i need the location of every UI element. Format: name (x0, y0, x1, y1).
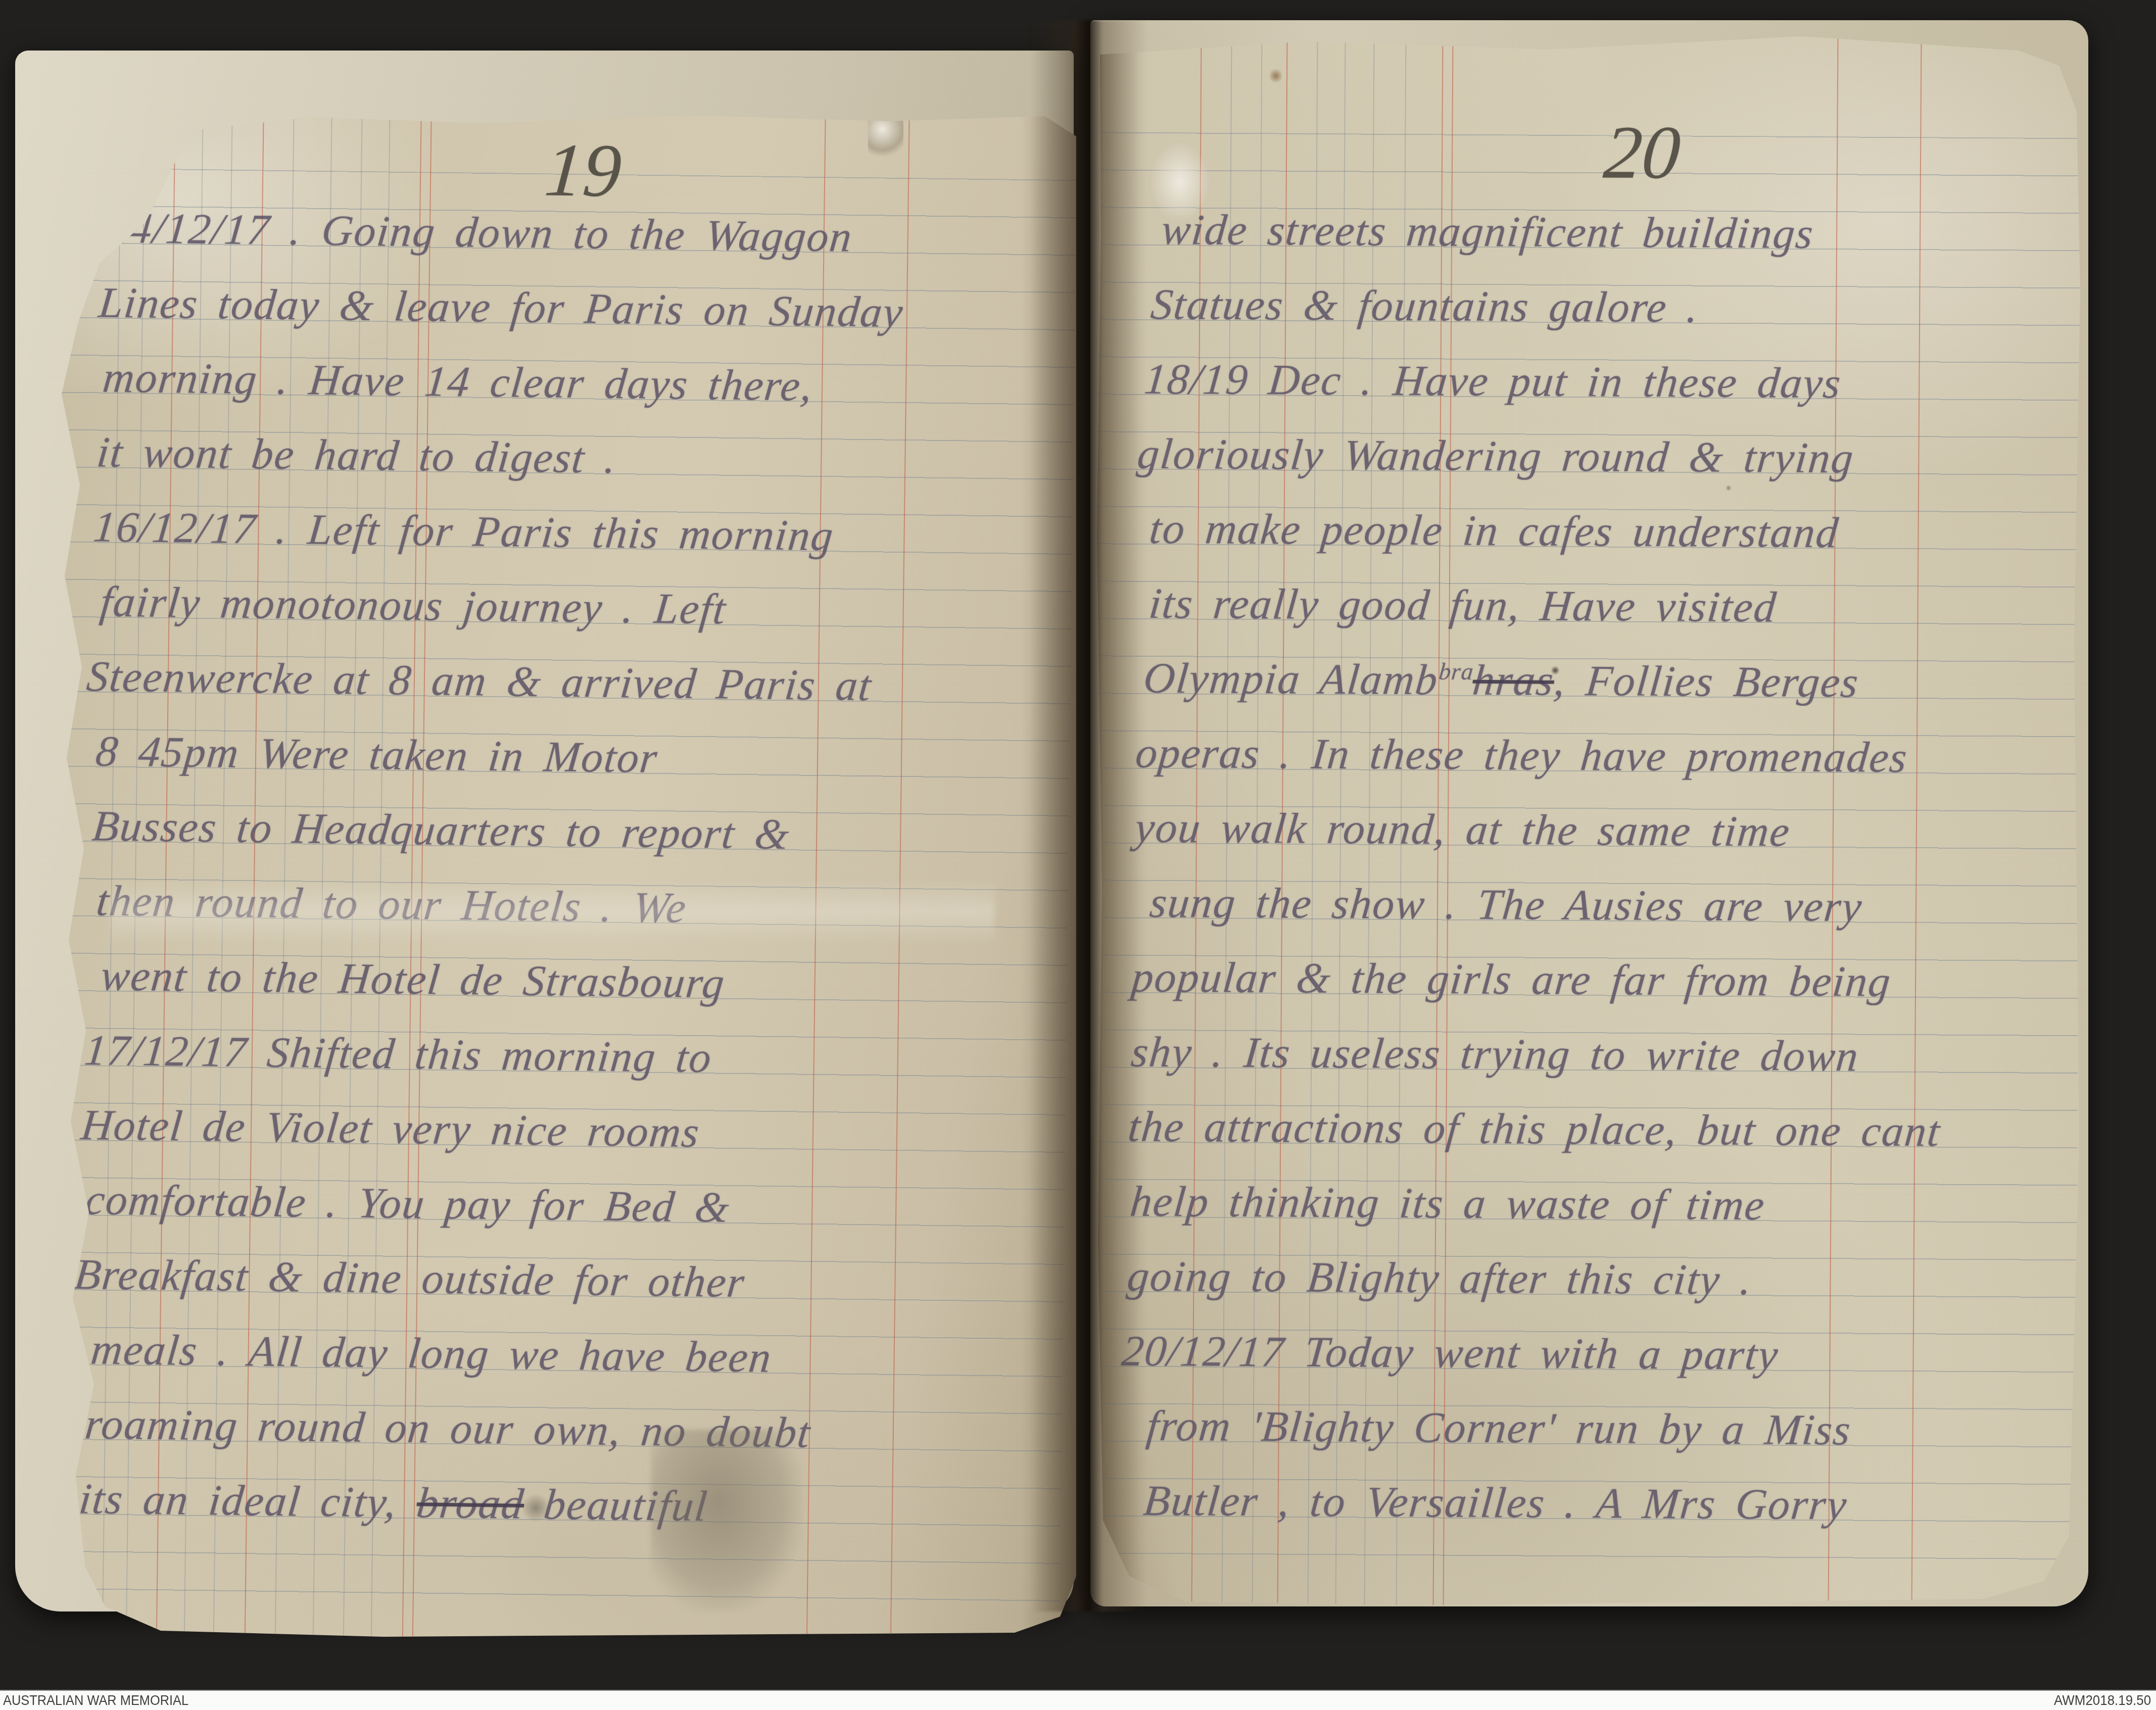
diary-line: Lines today & leave for Paris on Sunday (97, 277, 906, 337)
diary-line: roaming round on our own, no doubt (83, 1398, 813, 1457)
diary-line: fairly monotonous journey . Left (98, 576, 729, 634)
diary-text: morning . Have 14 clear days there, (101, 353, 815, 410)
inserted-text: bra (1438, 659, 1475, 685)
diary-line: you walk round, at the same time (1133, 802, 1792, 857)
diary-text: the attractions of this place, but one c… (1126, 1102, 1943, 1156)
diary-line: 17/12/17 Shifted this morning to (82, 1024, 714, 1083)
diary-line: Butler , to Versailles . A Mrs Gorry (1141, 1475, 1849, 1530)
diary-line: popular & the girls are far from being (1129, 952, 1893, 1007)
diary-line: wide streets magnificent buildings (1160, 204, 1816, 259)
caption-bar: AUSTRALIAN WAR MEMORIAL AWM2018.19.50 (0, 1690, 2156, 1710)
diary-text: Lines today & leave for Paris on Sunday (97, 278, 906, 336)
diary-page-right: 20 wide streets magnificent buildingsSta… (1094, 30, 2083, 1606)
diary-text: roaming round on our own, no doubt (83, 1399, 813, 1456)
diary-line: 18/19 Dec . Have put in these days (1142, 354, 1844, 408)
diary-line: its really good fun, Have visited (1147, 578, 1779, 632)
diary-text: you walk round, at the same time (1133, 803, 1792, 856)
diary-text: wide streets magnificent buildings (1160, 205, 1816, 258)
diary-text: Statues & fountains galore . (1149, 280, 1701, 332)
diary-text: 17/12/17 Shifted this morning to (82, 1025, 714, 1082)
diary-line: it wont be hard to digest . (94, 427, 619, 483)
diary-text: then round to our Hotels . We (94, 876, 689, 932)
accession-number-label: AWM2018.19.50 (2054, 1694, 2151, 1707)
diary-text: it wont be hard to digest . (95, 428, 619, 482)
diary-text: from 'Blighty Corner' run by a Miss (1144, 1401, 1853, 1454)
diary-text: Busses to Headquarters to report & (90, 801, 792, 858)
diary-page-left: 19 14/12/17 . Going down to the WaggonLi… (29, 71, 1076, 1637)
diary-line: Statues & fountains galore . (1149, 279, 1702, 333)
diary-line: Olympia Alambbrahras, Follies Berges (1141, 653, 1861, 708)
diary-line: shy . Its useless trying to write down (1129, 1027, 1861, 1082)
diary-text: operas . In these they have promenades (1133, 728, 1910, 781)
diary-text: its an ideal city, (77, 1474, 419, 1527)
diary-line: Hotel de Violet very nice rooms (79, 1099, 702, 1157)
diary-text: its really good fun, Have visited (1147, 579, 1779, 631)
page-number: 20 (1601, 109, 1684, 196)
diary-text: , Follies Berges (1552, 656, 1861, 707)
diary-text: beautiful (522, 1480, 710, 1530)
diary-text: Hotel de Violet very nice rooms (79, 1100, 702, 1156)
diary-line: 20/12/17 Today went with a party (1120, 1326, 1781, 1380)
diary-line: then round to our Hotels . We (94, 875, 690, 933)
diary-text: Olympia Alamb (1141, 654, 1441, 704)
diary-line: help thinking its a waste of time (1128, 1176, 1767, 1231)
diary-line: meals . All day long we have been (89, 1324, 775, 1383)
archive-name-label: AUSTRALIAN WAR MEMORIAL (3, 1694, 188, 1707)
diary-text: 16/12/17 . Left for Paris this morning (91, 502, 836, 560)
diary-line: going to Blighty after this city . (1125, 1251, 1755, 1305)
diary-line: Breakfast & dine outside for other (72, 1249, 748, 1307)
diary-line: to make people in cafes understand (1147, 503, 1841, 558)
diary-text: shy . Its useless trying to write down (1129, 1028, 1861, 1081)
diary-line: 16/12/17 . Left for Paris this morning (91, 501, 836, 561)
diary-line: Steenwercke at 8 am & arrived Paris at (84, 651, 874, 711)
diary-line: 14/12/17 . Going down to the Waggon (105, 203, 855, 262)
diary-text: meals . All day long we have been (89, 1325, 774, 1382)
diary-text: Steenwercke at 8 am & arrived Paris at (84, 652, 874, 710)
diary-line: gloriously Wandering round & trying (1135, 428, 1856, 483)
diary-line: its an ideal city, broad beautiful (77, 1473, 710, 1531)
diary-line: Busses to Headquarters to report & (90, 800, 792, 859)
diary-line: 8 45pm Were taken in Motor (93, 726, 660, 783)
diary-text: 14/12/17 . Going down to the Waggon (105, 204, 855, 261)
diary-text: going to Blighty after this city . (1125, 1252, 1754, 1304)
diary-text: Breakfast & dine outside for other (72, 1250, 748, 1306)
diary-text: 20/12/17 Today went with a party (1120, 1327, 1781, 1379)
diary-text: 18/19 Dec . Have put in these days (1142, 355, 1844, 407)
diary-line: from 'Blighty Corner' run by a Miss (1144, 1400, 1853, 1455)
diary-text: went to the Hotel de Strasbourg (99, 951, 728, 1007)
diary-line: morning . Have 14 clear days there, (101, 352, 816, 411)
page-number: 19 (542, 126, 625, 214)
diary-text: sung the show . The Ausies are very (1148, 878, 1865, 931)
diary-line: went to the Hotel de Strasbourg (99, 950, 728, 1008)
diary-line: the attractions of this place, but one c… (1126, 1101, 1943, 1157)
diary-line: comfortable . You pay for Bed & (83, 1174, 732, 1232)
diary-text: gloriously Wandering round & trying (1135, 429, 1856, 482)
diary-text: 8 45pm Were taken in Motor (93, 727, 660, 782)
page-left-content: 19 14/12/17 . Going down to the WaggonLi… (12, 70, 1078, 1648)
gutter-shadow-left-page (1021, 71, 1076, 1637)
diary-text: to make people in cafes understand (1147, 504, 1841, 557)
diary-text: help thinking its a waste of time (1128, 1177, 1767, 1230)
diary-text: fairly monotonous journey . Left (98, 577, 729, 633)
crossed-out-text: hras (1471, 656, 1557, 705)
page-right-content: 20 wide streets magnificent buildingsSta… (1085, 30, 2084, 1612)
crossed-out-text: broad (414, 1478, 526, 1528)
diary-text: Butler , to Versailles . A Mrs Gorry (1141, 1476, 1849, 1529)
diary-scan: 19 14/12/17 . Going down to the WaggonLi… (0, 0, 2156, 1710)
diary-line: sung the show . The Ausies are very (1147, 877, 1864, 932)
diary-text: comfortable . You pay for Bed & (83, 1175, 733, 1231)
diary-line: operas . In these they have promenades (1133, 727, 1910, 783)
diary-text: popular & the girls are far from being (1130, 953, 1894, 1006)
